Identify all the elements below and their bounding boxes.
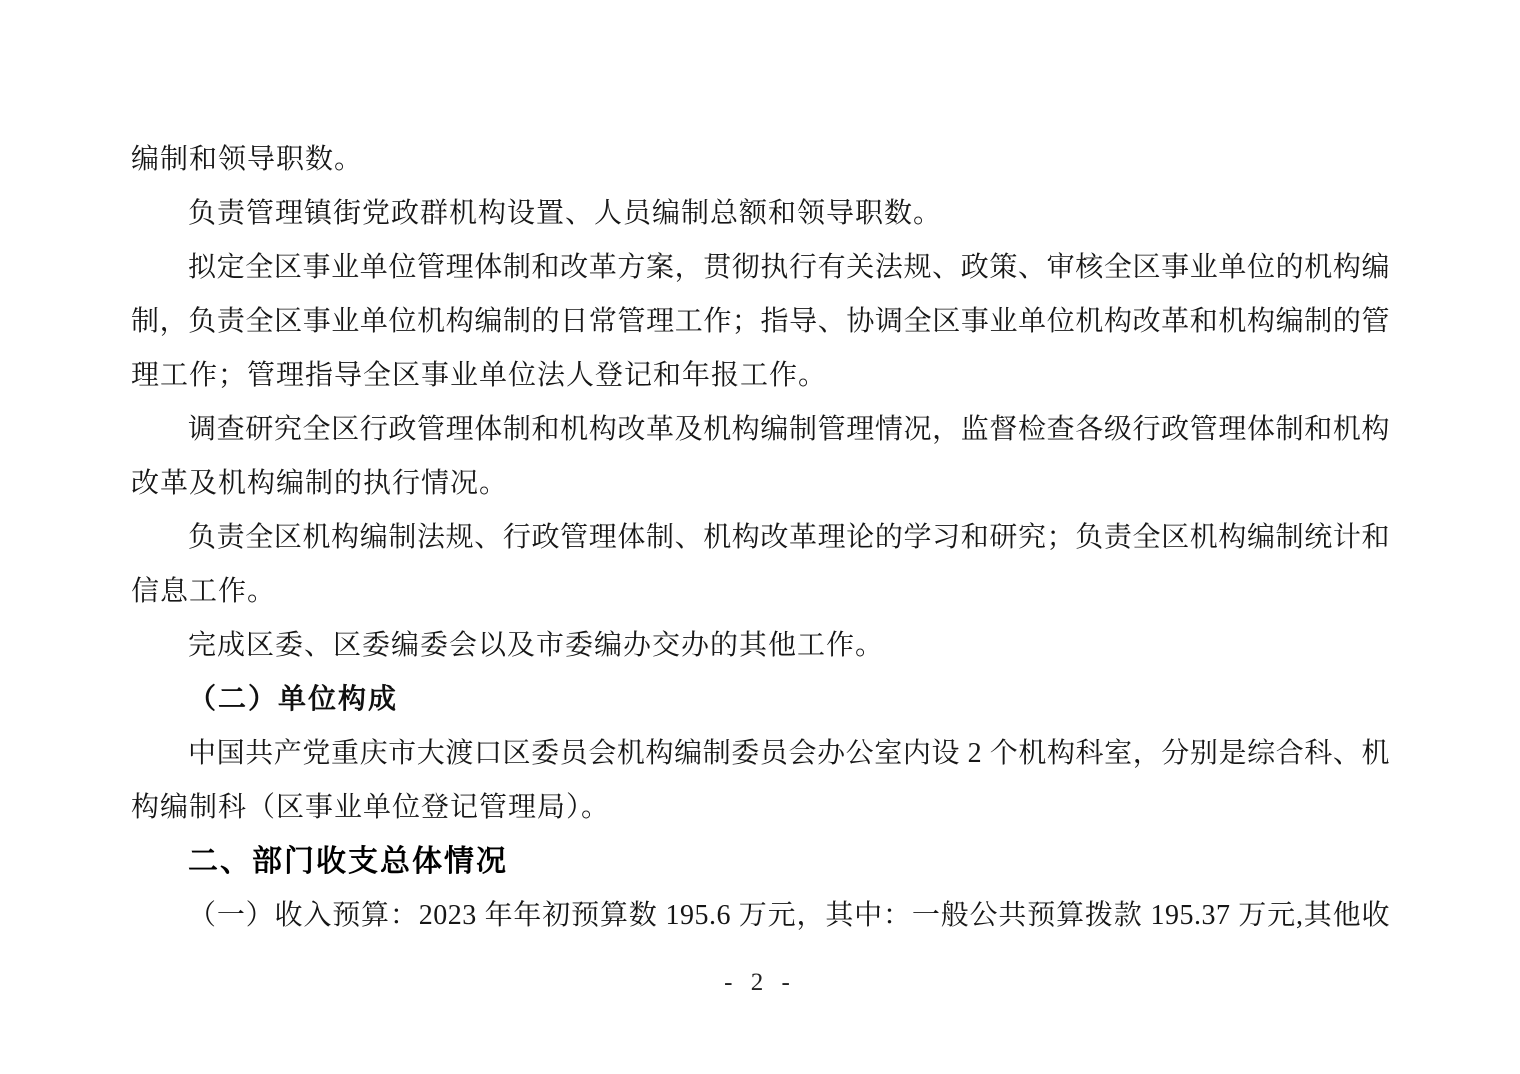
text-line: 编制和领导职数。 xyxy=(131,133,1390,187)
text-line: 理工作；管理指导全区事业单位法人登记和年报工作。 xyxy=(131,349,1390,403)
text-line: 完成区委、区委编委会以及市委编办交办的其他工作。 xyxy=(131,619,1390,673)
text-line: 制，负责全区事业单位机构编制的日常管理工作；指导、协调全区事业单位机构改革和机构… xyxy=(131,295,1390,349)
document-page: 编制和领导职数。负责管理镇街党政群机构设置、人员编制总额和领导职数。拟定全区事业… xyxy=(0,0,1520,1074)
text-line: （一）收入预算：2023 年年初预算数 195.6 万元，其中：一般公共预算拨款… xyxy=(131,889,1390,943)
text-line: 拟定全区事业单位管理体制和改革方案，贯彻执行有关法规、政策、审核全区事业单位的机… xyxy=(131,241,1390,295)
text-line: 改革及机构编制的执行情况。 xyxy=(131,457,1390,511)
text-line: 构编制科（区事业单位登记管理局）。 xyxy=(131,781,1390,835)
subsection-heading: （二）单位构成 xyxy=(131,673,1390,727)
text-line: 调查研究全区行政管理体制和机构改革及机构编制管理情况，监督检查各级行政管理体制和… xyxy=(131,403,1390,457)
page-number: - 2 - xyxy=(724,969,796,996)
text-line: 负责管理镇街党政群机构设置、人员编制总额和领导职数。 xyxy=(131,187,1390,241)
text-line: 中国共产党重庆市大渡口区委员会机构编制委员会办公室内设 2 个机构科室，分别是综… xyxy=(131,727,1390,781)
text-line: 负责全区机构编制法规、行政管理体制、机构改革理论的学习和研究；负责全区机构编制统… xyxy=(131,511,1390,565)
text-line: 信息工作。 xyxy=(131,565,1390,619)
document-body: 编制和领导职数。负责管理镇街党政群机构设置、人员编制总额和领导职数。拟定全区事业… xyxy=(131,133,1390,943)
page-footer: - 2 - xyxy=(0,964,1520,1002)
section-heading: 二、部门收支总体情况 xyxy=(131,835,1390,889)
